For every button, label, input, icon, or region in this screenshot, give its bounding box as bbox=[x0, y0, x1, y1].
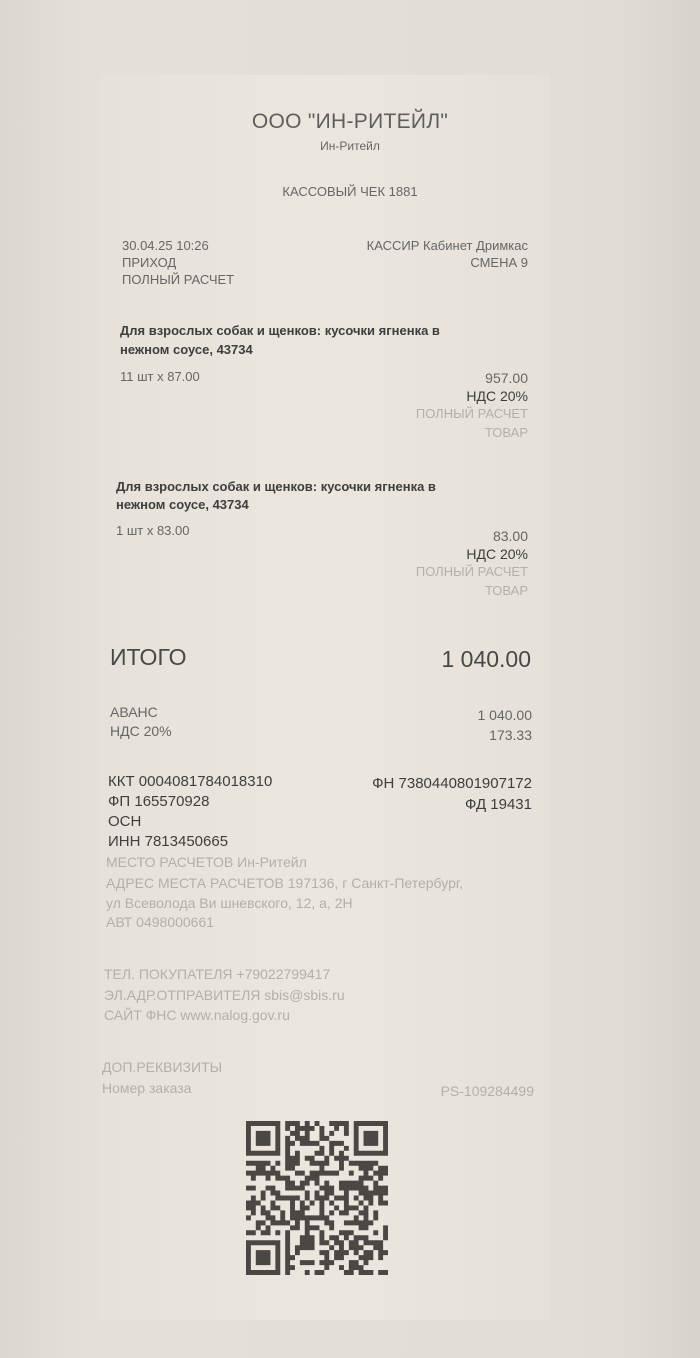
operation-type: ПРИХОД bbox=[122, 255, 176, 270]
item-payment-mode: ПОЛНЫЙ РАСЧЕТ bbox=[416, 406, 528, 421]
qr-code-icon bbox=[246, 1121, 388, 1275]
item-qty-price: 11 шт x 87.00 bbox=[120, 369, 200, 384]
vat-total-value: 173.33 bbox=[489, 727, 532, 743]
company-name: ООО "ИН-РИТЕЙЛ" bbox=[0, 110, 700, 134]
item-vat: НДС 20% bbox=[466, 546, 528, 562]
item-sum: 957.00 bbox=[485, 370, 528, 386]
total-value: 1 040.00 bbox=[441, 646, 531, 673]
shift: СМЕНА 9 bbox=[470, 255, 528, 270]
cashier: КАССИР Кабинет Дримкас bbox=[367, 238, 528, 253]
order-number-label: Номер заказа bbox=[102, 1080, 191, 1096]
fp-number: ФП 165570928 bbox=[108, 793, 209, 810]
tax-system: ОСН bbox=[108, 813, 141, 830]
total-label: ИТОГО bbox=[110, 644, 187, 671]
item-payment-mode: ПОЛНЫЙ РАСЧЕТ bbox=[416, 564, 528, 579]
payment-mode: ПОЛНЫЙ РАСЧЕТ bbox=[122, 272, 234, 287]
item-vat: НДС 20% bbox=[466, 388, 528, 404]
item-sum: 83.00 bbox=[493, 528, 528, 544]
inn: ИНН 7813450665 bbox=[108, 833, 228, 850]
settlement-place: МЕСТО РАСЧЕТОВ Ин-Ритейл bbox=[106, 854, 307, 870]
buyer-phone: ТЕЛ. ПОКУПАТЕЛЯ +79022799417 bbox=[104, 966, 330, 982]
settlement-address-line2: ул Всеволода Ви шневского, 12, а, 2Н bbox=[106, 895, 353, 911]
advance-label: АВАНС bbox=[110, 704, 158, 720]
fns-site: САЙТ ФНС www.nalog.gov.ru bbox=[104, 1007, 290, 1023]
item-name-line2: нежном соусе, 43734 bbox=[120, 342, 253, 357]
fd-number: ФД 19431 bbox=[465, 796, 532, 813]
avt-number: АВТ 0498000661 bbox=[106, 914, 214, 930]
item-name-line2: нежном соусе, 43734 bbox=[116, 497, 249, 512]
receipt-title: КАССОВЫЙ ЧЕК 1881 bbox=[0, 184, 700, 199]
extra-requisites-title: ДОП.РЕКВИЗИТЫ bbox=[102, 1059, 222, 1075]
item-name-line1: Для взрослых собак и щенков: кусочки ягн… bbox=[116, 479, 436, 494]
fn-number: ФН 7380440801907172 bbox=[372, 775, 532, 792]
sender-email: ЭЛ.АДР.ОТПРАВИТЕЛЯ sbis@sbis.ru bbox=[104, 987, 345, 1003]
order-number-value: PS-109284499 bbox=[441, 1083, 534, 1099]
settlement-address-line1: АДРЕС МЕСТА РАСЧЕТОВ 197136, г Санкт-Пет… bbox=[106, 875, 463, 891]
vat-total-label: НДС 20% bbox=[110, 723, 172, 739]
kkt-number: ККТ 0004081784018310 bbox=[108, 773, 272, 790]
brand-name: Ин-Ритейл bbox=[0, 139, 700, 153]
item-type: ТОВАР bbox=[485, 425, 528, 440]
advance-value: 1 040.00 bbox=[478, 707, 533, 723]
item-name-line1: Для взрослых собак и щенков: кусочки ягн… bbox=[120, 323, 440, 338]
item-qty-price: 1 шт x 83.00 bbox=[116, 523, 189, 538]
item-type: ТОВАР bbox=[485, 583, 528, 598]
receipt-datetime: 30.04.25 10:26 bbox=[122, 238, 209, 253]
